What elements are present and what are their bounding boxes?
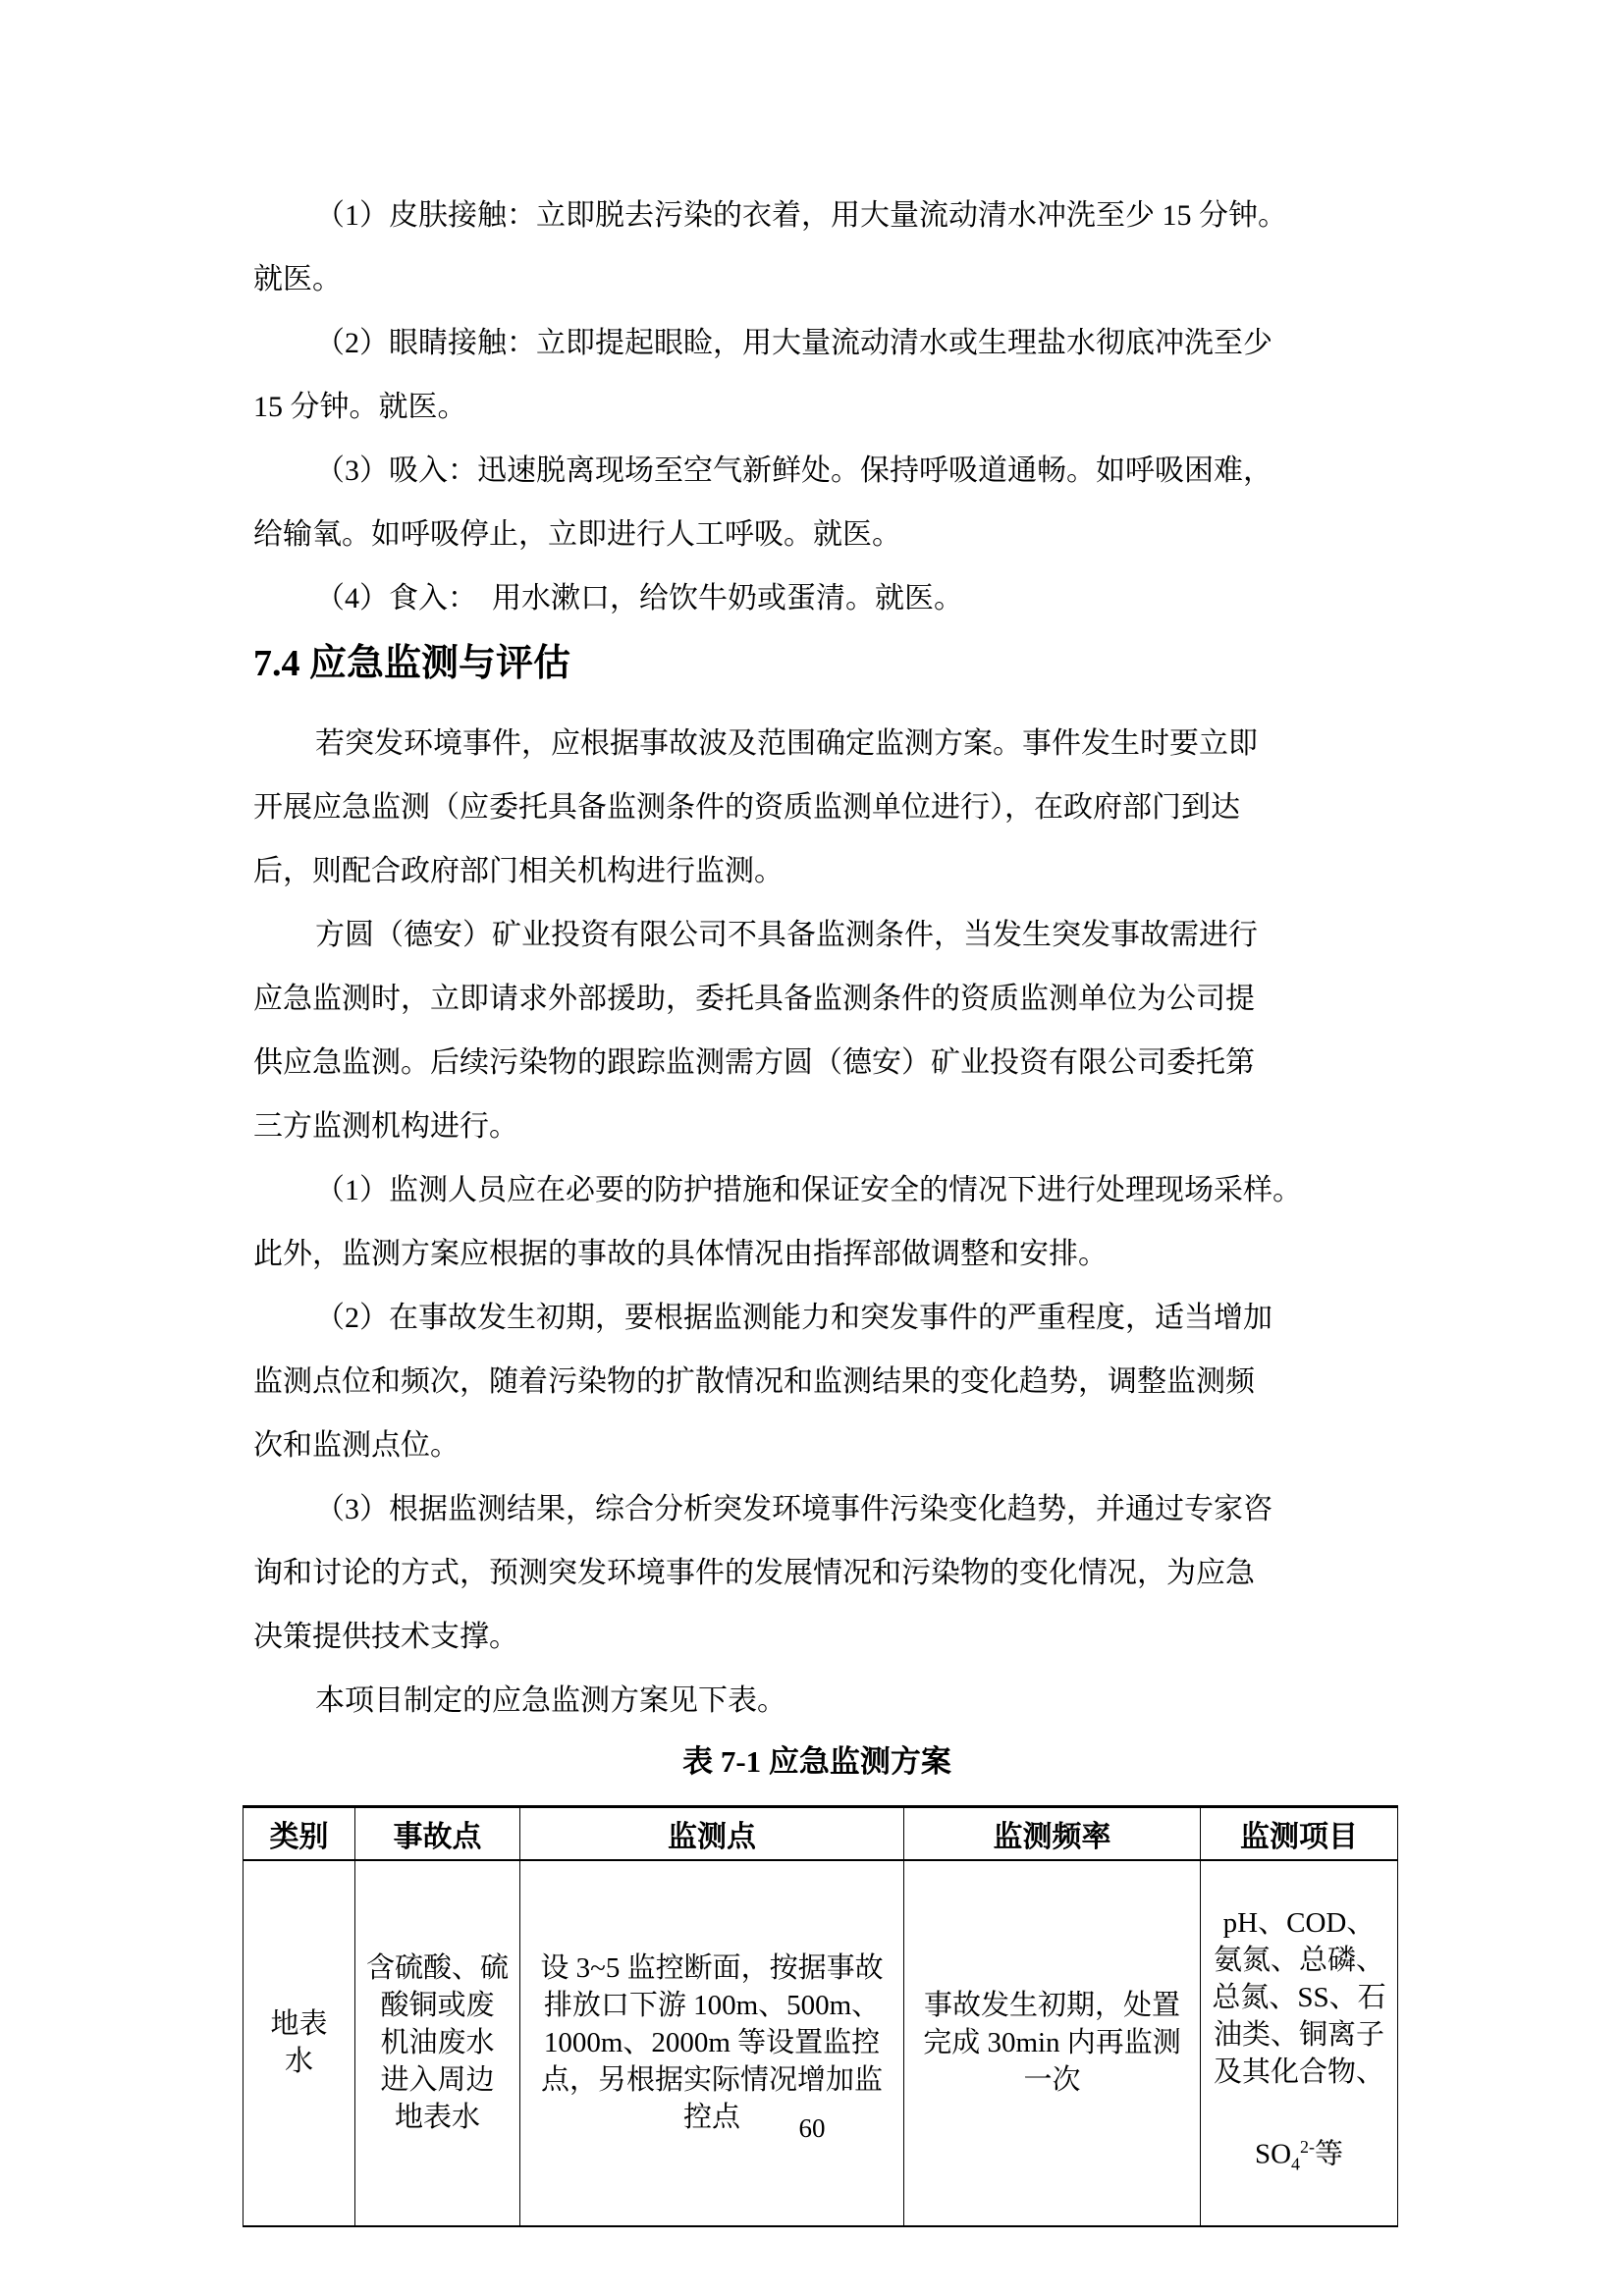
paragraph-sampling-safety: （1）监测人员应在必要的防护措施和保证安全的情况下进行处理现场采样。 此外，监测… xyxy=(253,1158,1380,1286)
first-aid-step-4: （4）食入： 用水漱口，给饮牛奶或蛋清。就医。 xyxy=(253,566,1380,630)
document-page: （1）皮肤接触：立即脱去污染的衣着，用大量流动清水冲洗至少 15 分钟。 就医。… xyxy=(0,0,1624,2296)
first-aid-step-3: （3）吸入：迅速脱离现场至空气新鲜处。保持呼吸道通畅。如呼吸困难， 给输氧。如呼… xyxy=(253,439,1380,566)
paragraph-table-intro: 本项目制定的应急监测方案见下表。 xyxy=(253,1669,1380,1733)
header-items: 监测项目 xyxy=(1201,1806,1398,1860)
table-caption: 表 7-1 应急监测方案 xyxy=(253,1742,1380,1782)
section-heading: 7.4 应急监测与评估 xyxy=(253,642,1380,687)
header-frequency: 监测频率 xyxy=(904,1806,1201,1860)
cell-accident-point: 含硫酸、硫 酸铜或废 机油废水 进入周边 地表水 xyxy=(355,1860,520,2226)
paragraph-result-analysis: （3）根据监测结果，综合分析突发环境事件污染变化趋势，并通过专家咨 询和讨论的方… xyxy=(253,1477,1380,1669)
paragraph-initial-monitoring: （2）在事故发生初期，要根据监测能力和突发事件的严重程度，适当增加 监测点位和频… xyxy=(253,1286,1380,1477)
paragraph-monitoring-plan: 若突发环境事件，应根据事故波及范围确定监测方案。事件发生时要立即 开展应急监测（… xyxy=(253,712,1380,903)
monitoring-plan-table: 类别 事故点 监测点 监测频率 监测项目 地表 水 含硫酸、硫 酸铜或废 机油废… xyxy=(243,1805,1398,2227)
first-aid-step-2: （2）眼睛接触：立即提起眼睑，用大量流动清水或生理盐水彻底冲洗至少 15 分钟。… xyxy=(253,311,1380,439)
page-number: 60 xyxy=(0,2112,1624,2144)
first-aid-step-1: （1）皮肤接触：立即脱去污染的衣着，用大量流动清水冲洗至少 15 分钟。 就医。 xyxy=(253,184,1380,311)
paragraph-company-capability: 方圆（德安）矿业投资有限公司不具备监测条件，当发生突发事故需进行 应急监测时，立… xyxy=(253,903,1380,1158)
cell-category: 地表 水 xyxy=(244,1860,355,2226)
cell-frequency: 事故发生初期，处置 完成 30min 内再监测 一次 xyxy=(904,1860,1201,2226)
header-monitoring-point: 监测点 xyxy=(520,1806,904,1860)
table-header-row: 类别 事故点 监测点 监测频率 监测项目 xyxy=(244,1806,1398,1860)
so4-subscript: 4 xyxy=(1291,2154,1300,2173)
header-accident-point: 事故点 xyxy=(355,1806,520,1860)
table-row: 地表 水 含硫酸、硫 酸铜或废 机油废水 进入周边 地表水 设 3~5 监控断面… xyxy=(244,1860,1398,2226)
cell-items-main: pH、COD、 氨氮、总磷、 总氮、SS、石 油类、铜离子 及其化合物、 xyxy=(1205,1904,1393,2091)
cell-items: pH、COD、 氨氮、总磷、 总氮、SS、石 油类、铜离子 及其化合物、 SO4… xyxy=(1201,1860,1398,2226)
cell-monitoring-point: 设 3~5 监控断面，按据事故 排放口下游 100m、500m、 1000m、2… xyxy=(520,1860,904,2226)
page-content: （1）皮肤接触：立即脱去污染的衣着，用大量流动清水冲洗至少 15 分钟。 就医。… xyxy=(253,184,1380,2227)
header-category: 类别 xyxy=(244,1806,355,1860)
